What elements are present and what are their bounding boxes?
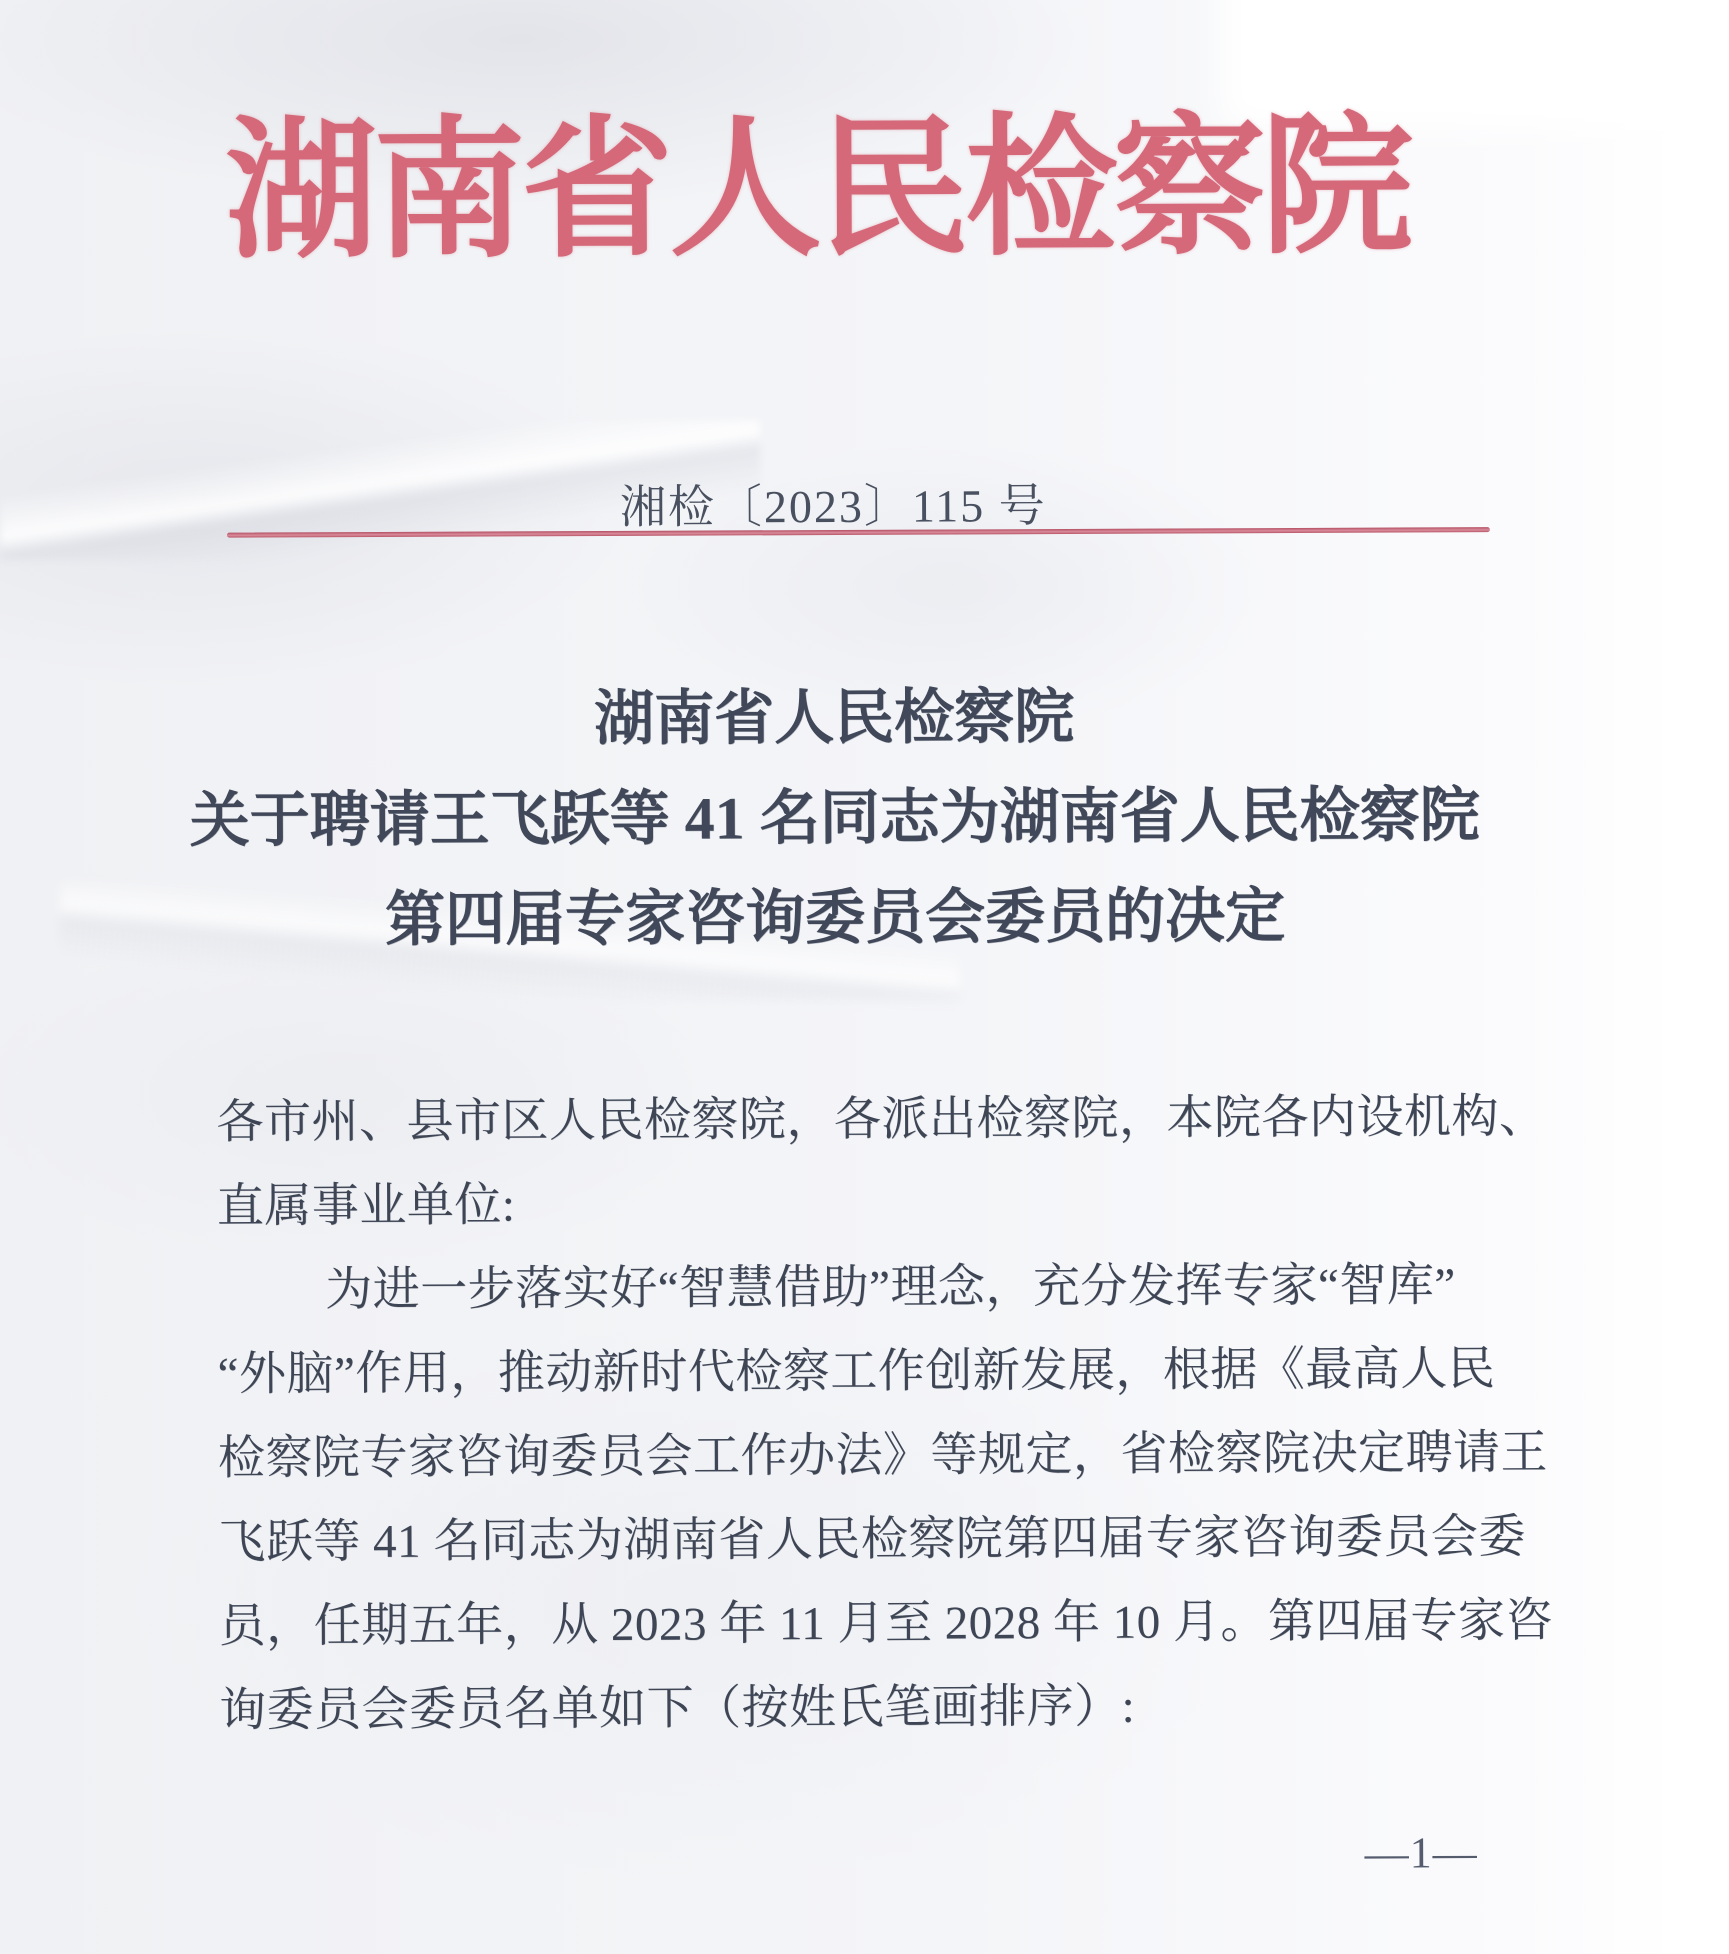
document-content: 湖南省人民检察院 湘检〔2023〕115 号 湖南省人民检察院 关于聘请王飞跃等… [0, 0, 1674, 1954]
body-text: 各市州、县市区人民检察院，各派出检察院，本院各内设机构、 直属事业单位: 为进一… [216, 1075, 1514, 1753]
body-line-5: 检察院专家咨询委员会工作办法》等规定，省检察院决定聘请王 [218, 1411, 1513, 1501]
title-line-1: 湖南省人民检察院 [0, 664, 1669, 771]
decision-title: 湖南省人民检察院 关于聘请王飞跃等 41 名同志为湖南省人民检察院 第四届专家咨… [0, 664, 1670, 971]
scan-edge-white-strip [1674, 0, 1729, 1954]
body-line-8: 询委员会委员名单如下（按姓氏笔画排序）: [219, 1663, 1514, 1753]
body-line-4: “外脑”作用，推动新时代检察工作创新发展，根据《最高人民 [217, 1327, 1512, 1417]
body-line-1: 各市州、县市区人民检察院，各派出检察院，本院各内设机构、 [216, 1075, 1511, 1165]
body-line-3: 为进一步落实好“智慧借助”理念，充分发挥专家“智库” [217, 1243, 1512, 1333]
body-line-6: 飞跃等 41 名同志为湖南省人民检察院第四届专家咨询委员会委 [218, 1495, 1513, 1585]
title-line-2: 关于聘请王飞跃等 41 名同志为湖南省人民检察院 [0, 764, 1669, 871]
title-line-3: 第四届专家咨询委员会委员的决定 [0, 864, 1669, 971]
body-line-2: 直属事业单位: [217, 1159, 1512, 1249]
scanned-document-page: 湖南省人民检察院 湘检〔2023〕115 号 湖南省人民检察院 关于聘请王飞跃等… [0, 0, 1729, 1954]
page-number: —1— [1365, 1827, 1478, 1878]
agency-masthead: 湖南省人民检察院 [0, 91, 1638, 288]
body-line-7: 员，任期五年，从 2023 年 11 月至 2028 年 10 月。第四届专家咨 [218, 1579, 1513, 1669]
